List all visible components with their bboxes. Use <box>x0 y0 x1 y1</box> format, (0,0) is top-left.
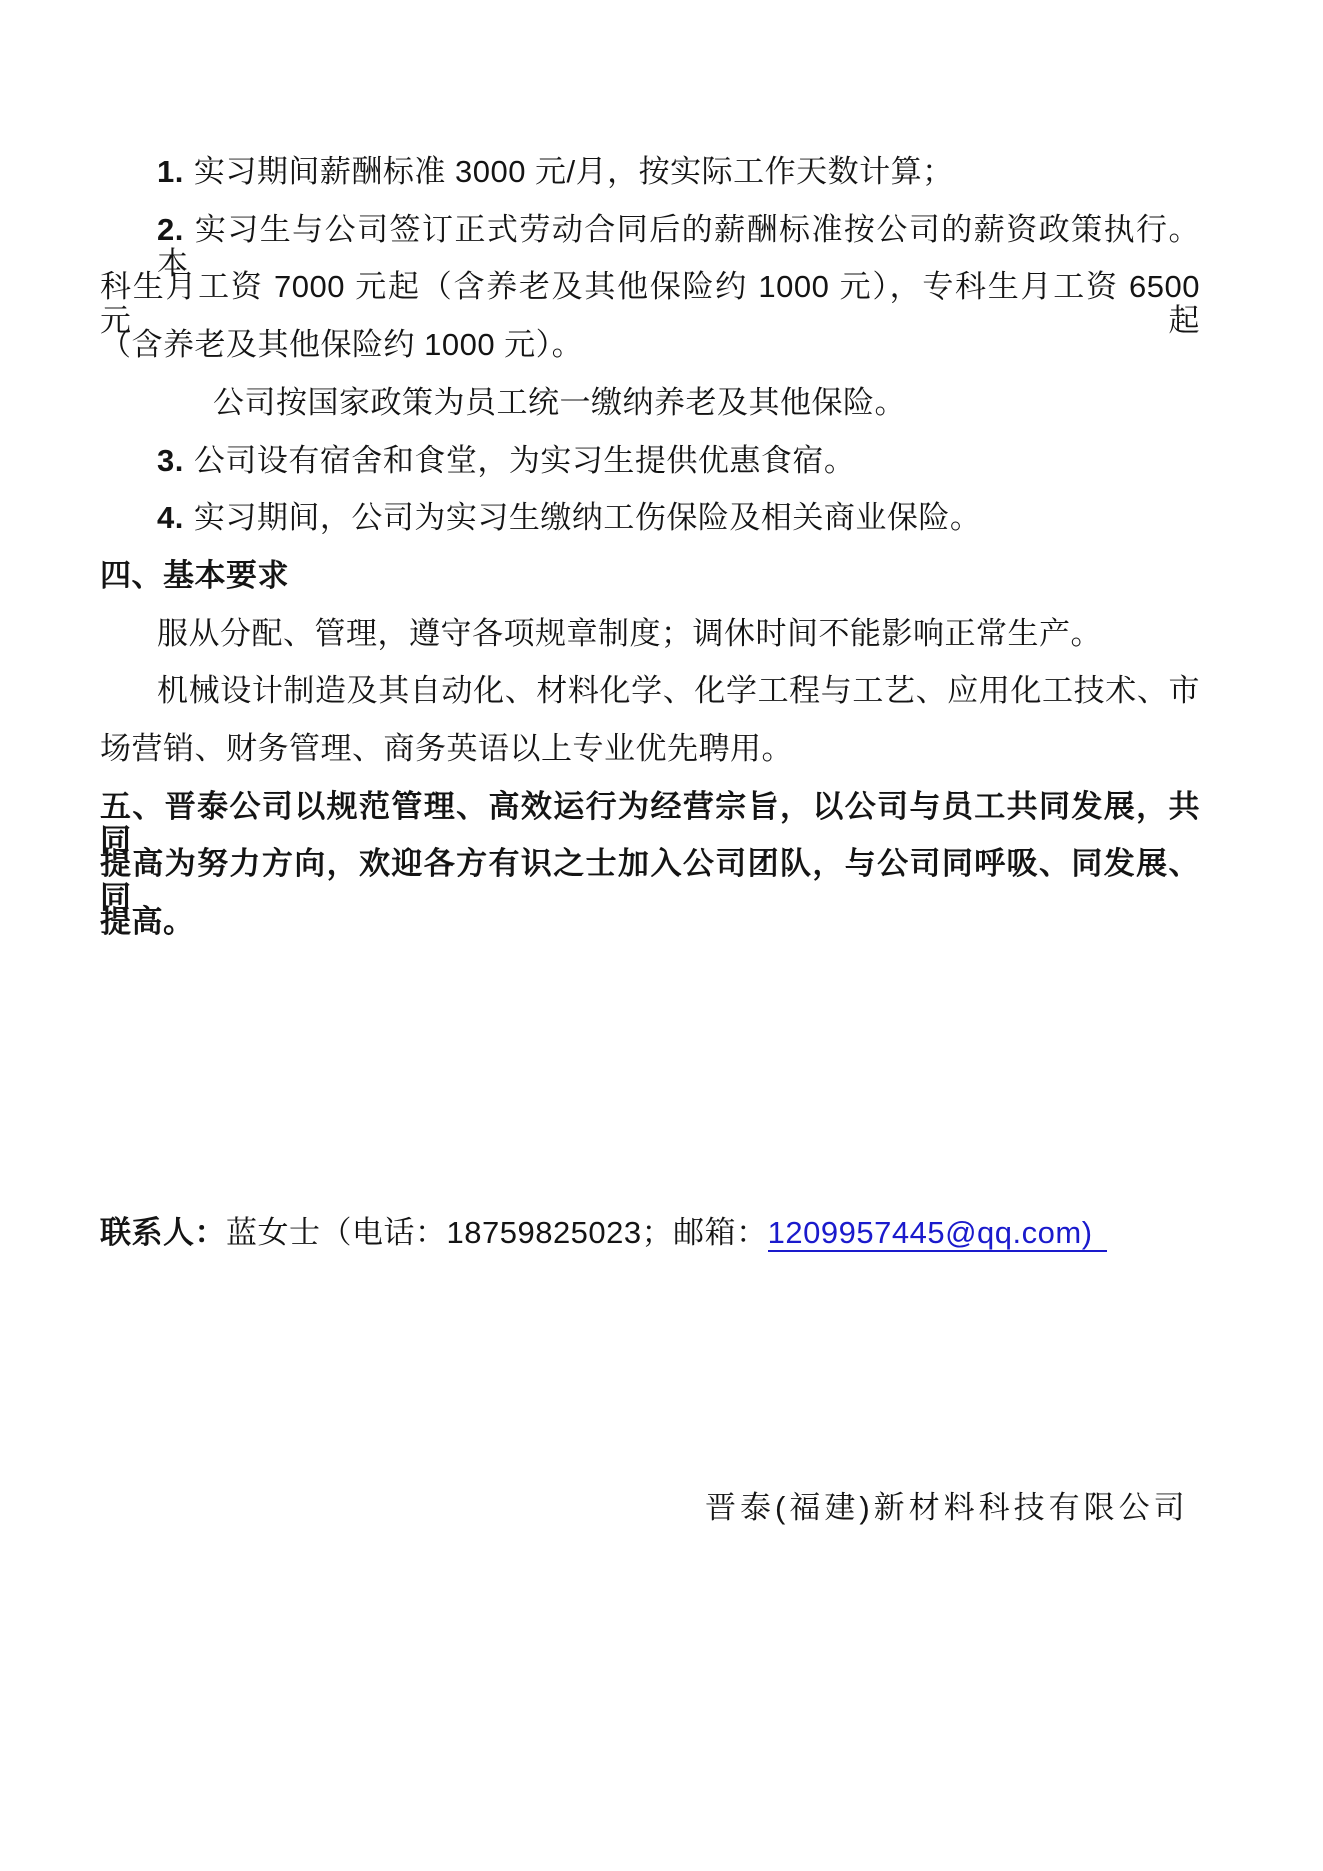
line-text: 实习期间，公司为实习生缴纳工伤保险及相关商业保险。 <box>194 500 982 535</box>
document-line: 服从分配、管理，遵守各项规章制度；调休时间不能影响正常生产。 <box>157 617 1102 651</box>
company-signature: 晋泰(福建)新材料科技有限公司 <box>705 1491 1189 1525</box>
line-text: 公司按国家政策为员工统一缴纳养老及其他保险。 <box>213 385 906 420</box>
line-text: 机械设计制造及其自动化、材料化学、化学工程与工艺、应用化工技术、市 <box>157 673 1200 708</box>
line-text: 提高为努力方向，欢迎各方有识之士加入公司团队，与公司同呼吸、同发展、同 <box>100 846 1200 915</box>
line-text: （含养老及其他保险约 1000 元）。 <box>100 327 583 362</box>
document-line: 4.实习期间，公司为实习生缴纳工伤保险及相关商业保险。 <box>157 501 981 535</box>
contact-label: 联系人： <box>100 1215 226 1250</box>
line-text: 公司设有宿舍和食堂，为实习生提供优惠食宿。 <box>194 443 856 478</box>
document-line: 机械设计制造及其自动化、材料化学、化学工程与工艺、应用化工技术、市 <box>157 674 1200 708</box>
list-number: 2. <box>157 212 184 247</box>
line-text: 四、基本要求 <box>100 558 289 593</box>
list-number: 3. <box>157 443 184 478</box>
document-line: 3.公司设有宿舍和食堂，为实习生提供优惠食宿。 <box>157 444 855 478</box>
document-line: 1.实习期间薪酬标准 3000 元/月，按实际工作天数计算； <box>157 155 954 189</box>
contact-text: 蓝女士（电话：18759825023；邮箱： <box>226 1215 768 1250</box>
document-line: （含养老及其他保险约 1000 元）。 <box>100 328 583 362</box>
line-text: 提高。 <box>100 904 195 939</box>
list-number: 1. <box>157 154 184 189</box>
contact-line: 联系人：蓝女士（电话：18759825023；邮箱：1209957445@qq.… <box>100 1216 1107 1250</box>
list-number: 4. <box>157 500 184 535</box>
line-text: 实习期间薪酬标准 3000 元/月，按实际工作天数计算； <box>194 154 954 189</box>
document-line: 提高为努力方向，欢迎各方有识之士加入公司团队，与公司同呼吸、同发展、同 <box>100 847 1200 915</box>
line-text: 场营销、财务管理、商务英语以上专业优先聘用。 <box>100 731 793 766</box>
document-line: 公司按国家政策为员工统一缴纳养老及其他保险。 <box>213 386 906 420</box>
document-line: 提高。 <box>100 905 195 939</box>
document-page: 1.实习期间薪酬标准 3000 元/月，按实际工作天数计算；2.实习生与公司签订… <box>0 0 1323 1871</box>
email-link[interactable]: 1209957445@qq.com) <box>768 1215 1107 1252</box>
document-line: 四、基本要求 <box>100 559 289 593</box>
document-line: 场营销、财务管理、商务英语以上专业优先聘用。 <box>100 732 793 766</box>
line-text: 服从分配、管理，遵守各项规章制度；调休时间不能影响正常生产。 <box>157 616 1102 651</box>
